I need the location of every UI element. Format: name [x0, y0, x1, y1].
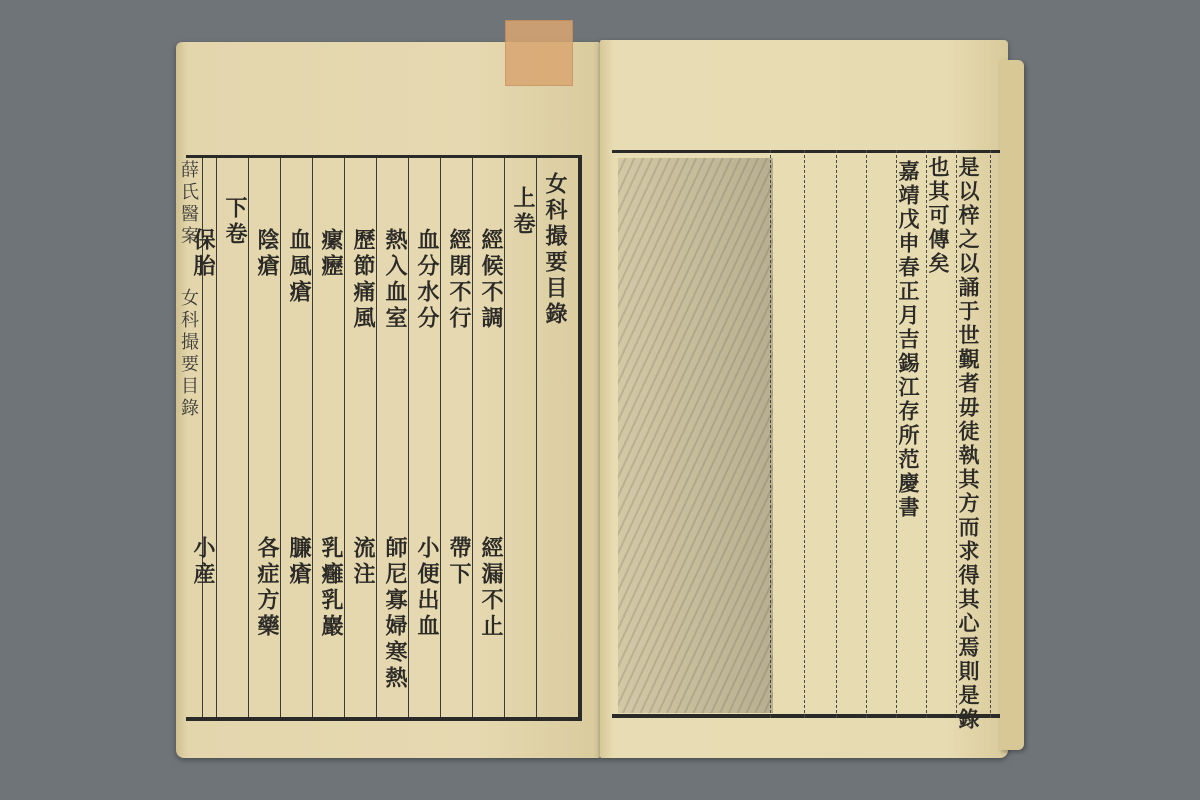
colophon-date-signature: 嘉靖戊申春正月吉錫江存所范慶書: [898, 160, 919, 520]
toc-entry: 經候不調: [480, 228, 502, 332]
toc-entry: 瘰癧: [320, 228, 342, 280]
toc-entry: 小産: [192, 536, 214, 588]
toc-heading: 女科撮要目錄: [544, 172, 566, 328]
toc-entry: 帶下: [448, 536, 470, 588]
toc-entry: 血風瘡: [288, 228, 310, 306]
collector-seal: [505, 20, 573, 86]
toc-entry: 血分水分: [416, 228, 438, 332]
toc-entry: 師尼寡婦寒熱: [384, 536, 406, 692]
toc-entry: 小便出血: [416, 536, 438, 640]
toc-entry: 乳癰乳巖: [320, 536, 342, 640]
toc-entry: 流注: [352, 536, 374, 588]
open-book: 薛氏醫案 女科撮要目錄 女科撮要目錄 上卷 經候不調 經閉不行 血分水分 熱入血…: [0, 0, 1200, 800]
toc-entry: 臁瘡: [288, 536, 310, 588]
toc-entry: 經漏不止: [480, 536, 502, 640]
left-text-frame: 女科撮要目錄 上卷 經候不調 經閉不行 血分水分 熱入血室 歷節痛風 瘰癧 血風…: [186, 155, 582, 721]
toc-entry: 歷節痛風: [352, 228, 374, 332]
ink-offset-smudge: [618, 158, 773, 713]
toc-entry: 保胎: [192, 228, 214, 280]
colophon-line-1: 是以梓之以誦于世覲者毋徒執其方而求得其心焉則是錄: [958, 156, 979, 732]
page-edge: [1000, 60, 1024, 750]
toc-entry: 經閉不行: [448, 228, 470, 332]
toc-entry: 熱入血室: [384, 228, 406, 332]
toc-entry: 陰瘡: [256, 228, 278, 280]
volume-2-label: 下卷: [224, 196, 246, 248]
volume-1-label: 上卷: [512, 186, 534, 238]
toc-entry: 各症方藥: [256, 536, 278, 640]
colophon-line-2: 也其可傳矣: [928, 156, 949, 276]
